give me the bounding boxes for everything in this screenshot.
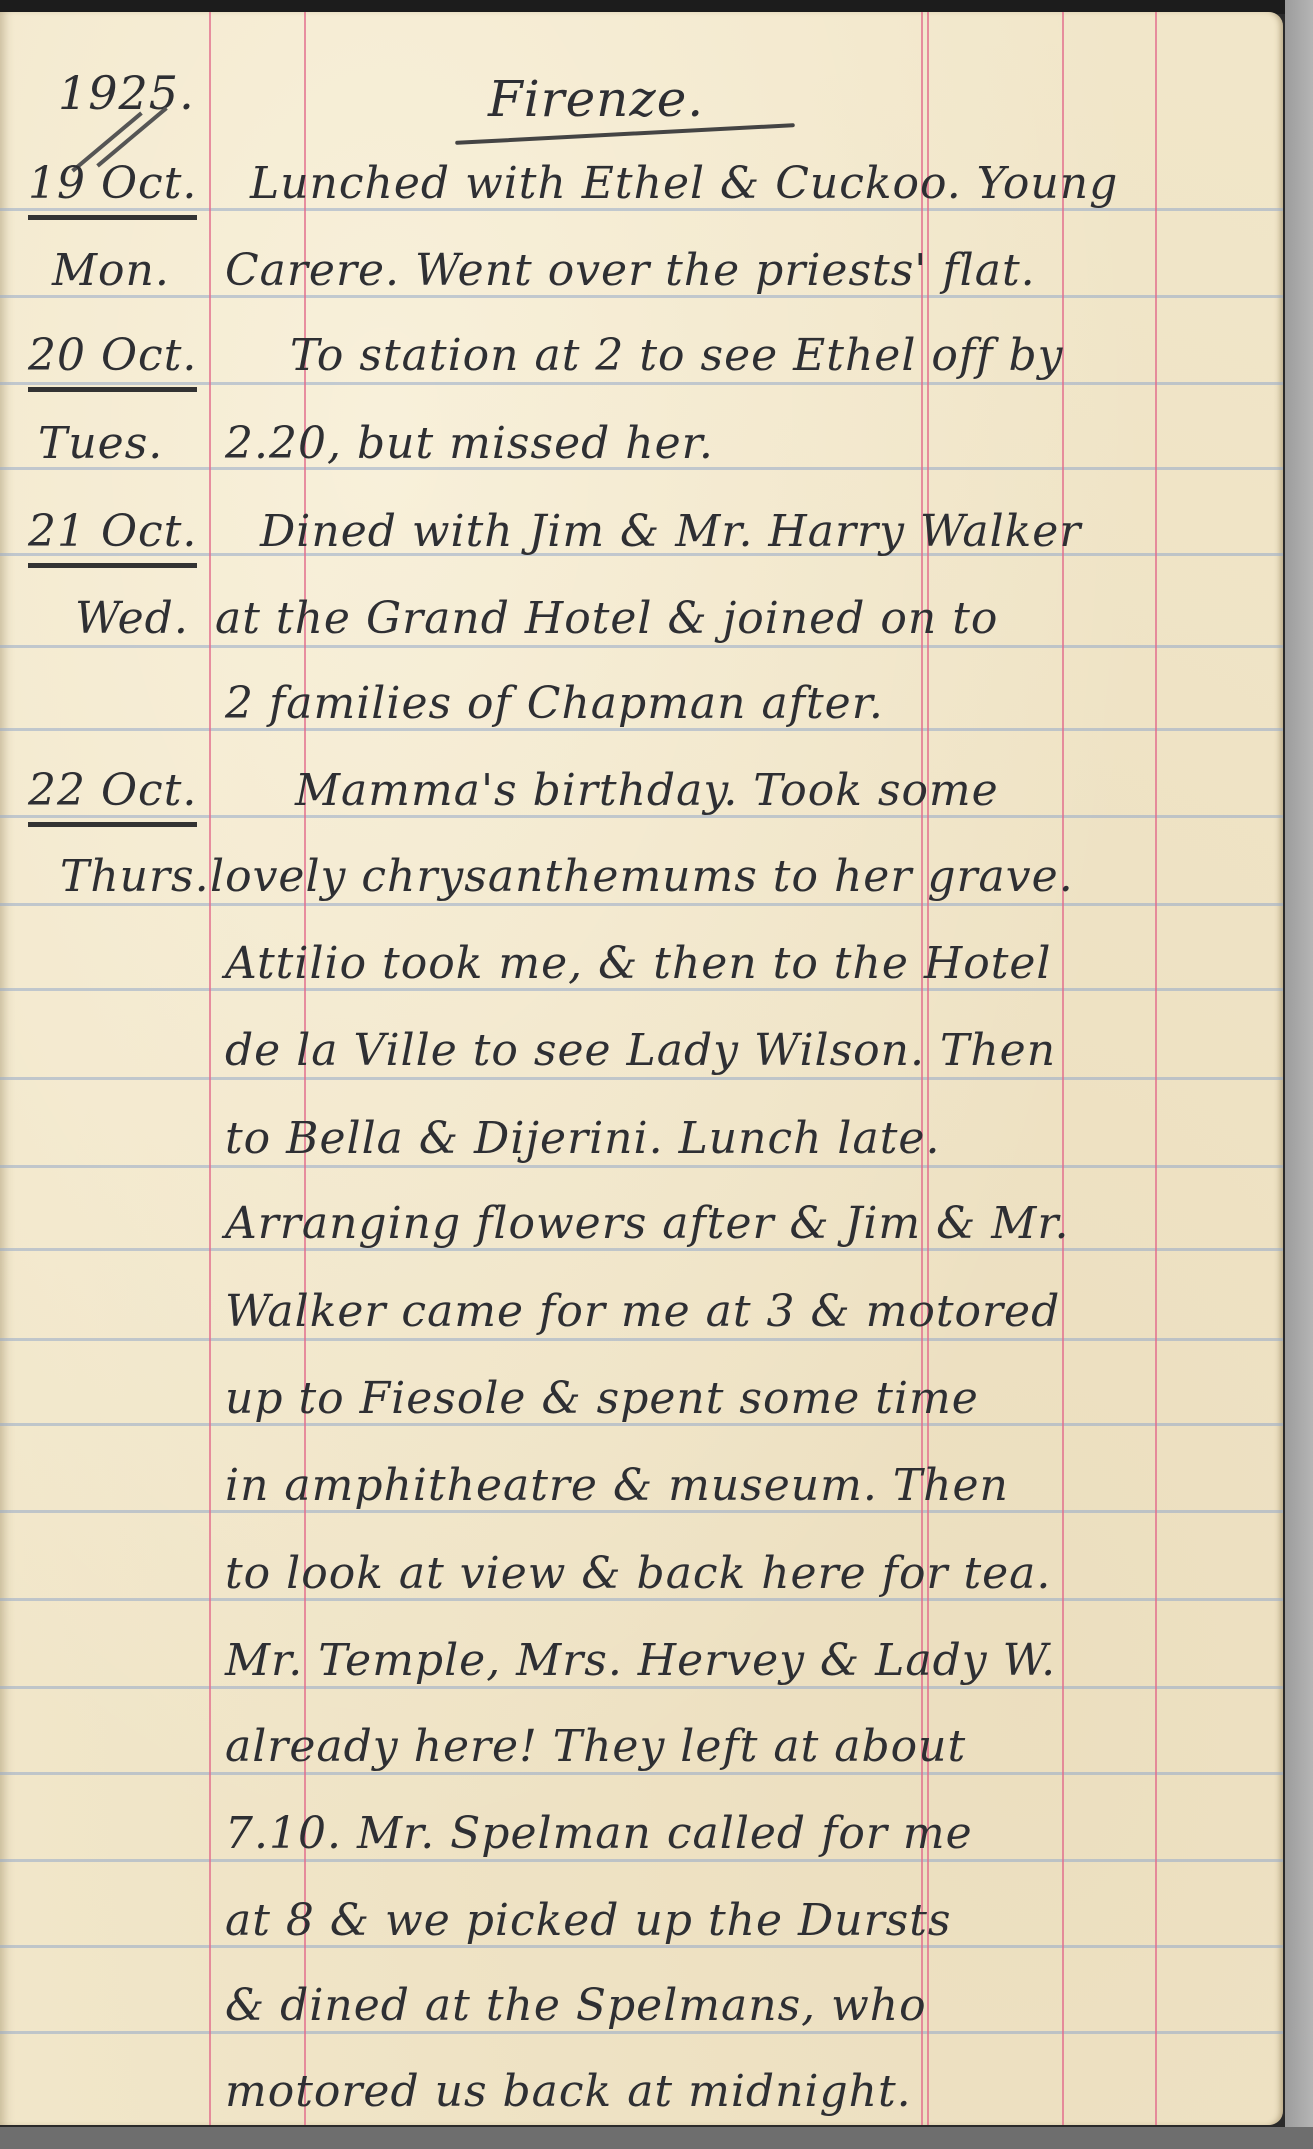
ruled-line	[0, 1165, 1283, 1168]
scan-backdrop-bottom	[0, 2127, 1313, 2149]
ruled-line	[0, 1077, 1283, 1080]
ruled-line	[0, 1859, 1283, 1862]
entry-line: & dined at the Spelmans, who	[225, 1984, 927, 2028]
entry-line: To station at 2 to see Ethel off by	[290, 334, 1063, 378]
entry-line: Lunched with Ethel & Cuckoo. Young	[250, 162, 1118, 206]
entry-line: already here! They left at about	[225, 1725, 966, 1769]
entry-line: Dined with Jim & Mr. Harry Walker	[260, 510, 1081, 554]
entry-date: 22 Oct.	[28, 769, 197, 813]
ruled-line	[0, 1338, 1283, 1341]
entry-line: lovely chrysanthemums to her grave.	[210, 855, 1074, 899]
entry-line: in amphitheatre & museum. Then	[225, 1464, 1009, 1508]
entry-line: 2.20, but missed her.	[225, 422, 714, 466]
entry-line: to look at view & back here for tea.	[225, 1552, 1051, 1596]
year-heading: 1925.	[58, 70, 195, 116]
entry-line: motored us back at midnight.	[225, 2070, 912, 2114]
margin-line	[1155, 12, 1157, 2125]
entry-line: Arranging flowers after & Jim & Mr.	[225, 1202, 1070, 1246]
entry-line: Mr. Temple, Mrs. Hervey & Lady W.	[225, 1639, 1056, 1683]
date-label: 20 Oct.	[28, 330, 197, 392]
entry-line: Walker came for me at 3 & motored	[225, 1290, 1060, 1334]
margin-line	[1062, 12, 1064, 2125]
entry-date: 20 Oct.	[28, 334, 197, 378]
entry-line: Carere. Went over the priests' flat.	[225, 249, 1036, 293]
scan-backdrop-right	[1285, 0, 1313, 2149]
entry-weekday: Wed.	[75, 597, 189, 641]
diary-page: 1925. Firenze. 19 Oct. Mon. Lunched with…	[0, 12, 1283, 2125]
entry-line: at 8 & we picked up the Dursts	[225, 1899, 951, 1943]
ruled-line	[0, 645, 1283, 648]
date-label: 21 Oct.	[28, 506, 197, 568]
place-heading: Firenze.	[488, 74, 704, 124]
entry-weekday: Tues.	[38, 422, 163, 466]
date-label: 19 Oct.	[28, 158, 197, 220]
date-label: 22 Oct.	[28, 765, 197, 827]
entry-line: up to Fiesole & spent some time	[225, 1377, 979, 1421]
ruled-line	[0, 2031, 1283, 2034]
ruled-line	[0, 903, 1283, 906]
entry-line: to Bella & Dijerini. Lunch late.	[225, 1117, 940, 1161]
ruled-line	[0, 1772, 1283, 1775]
margin-line	[209, 12, 211, 2125]
entry-line: 2 families of Chapman after.	[225, 682, 884, 726]
entry-line: at the Grand Hotel & joined on to	[215, 597, 998, 641]
entry-line: Attilio took me, & then to the Hotel	[225, 942, 1052, 986]
entry-line: 7.10. Mr. Spelman called for me	[225, 1812, 973, 1856]
entry-date: 19 Oct.	[28, 162, 197, 206]
entry-line: de la Ville to see Lady Wilson. Then	[225, 1029, 1056, 1073]
entry-weekday: Mon.	[52, 249, 170, 293]
entry-line: Mamma's birthday. Took some	[295, 769, 999, 813]
ruled-line	[0, 1686, 1283, 1689]
entry-date: 21 Oct.	[28, 510, 197, 554]
entry-weekday: Thurs.	[60, 855, 210, 899]
